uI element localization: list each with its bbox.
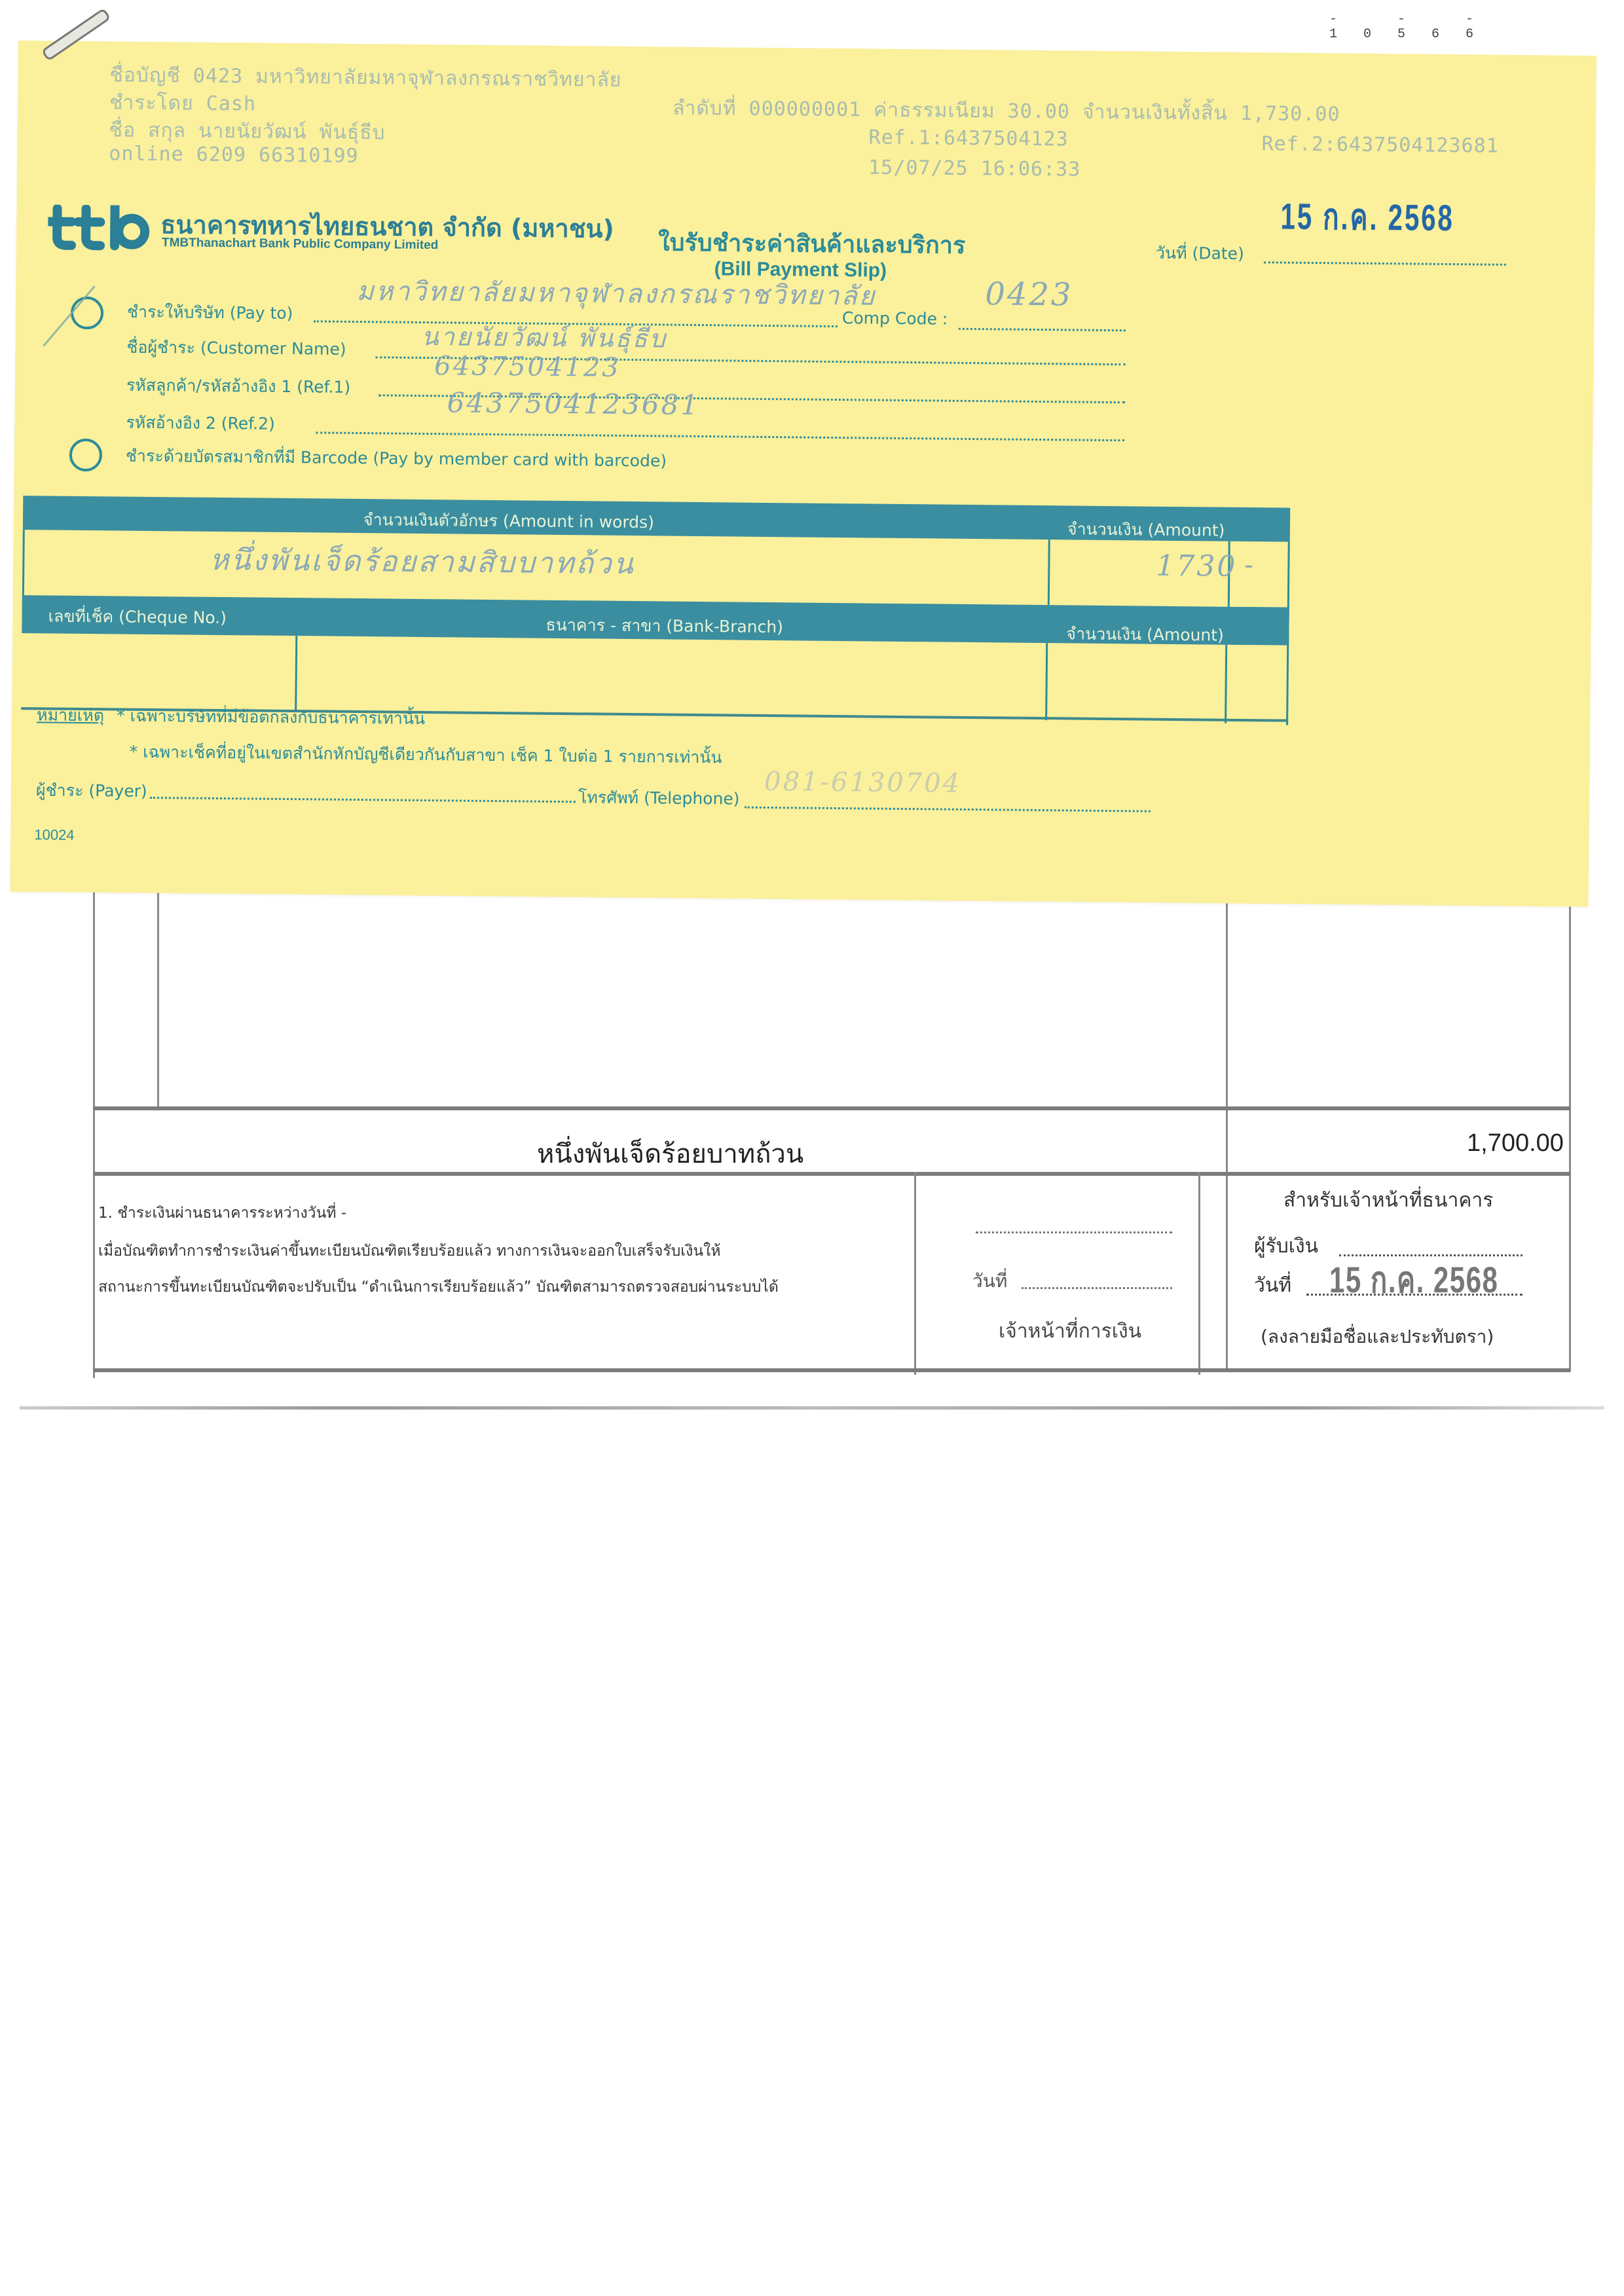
payer-label: ผู้ชำระ (Payer) [36, 777, 147, 805]
total-amount-words: หนึ่งพันเจ็ดร้อยบาทถ้วน [537, 1133, 803, 1175]
form-column-line [1226, 897, 1228, 1368]
date-label: วันที่ (Date) [1156, 240, 1244, 267]
comp-code-value: 0423 [985, 276, 1073, 313]
cheque-amount-field[interactable] [1048, 645, 1223, 718]
barcode-payment-label: ชำระด้วยบัตรสมาชิกที่มี Barcode (Pay by … [126, 443, 667, 475]
cashier-signature-line[interactable] [976, 1231, 1172, 1233]
barcode-payment-radio[interactable] [69, 439, 102, 471]
form-total-bottom-line [93, 1172, 1570, 1176]
remark-2: * เฉพาะเช็คที่อยู่ในเขตสำนักหักบัญชีเดีย… [129, 739, 722, 771]
pay-to-value: มหาวิทยาลัยมหาจุฬาลงกรณราชวิทยาลัย [356, 270, 877, 317]
amount-words-header: จำนวนเงินตัวอักษร (Amount in words) [363, 507, 654, 536]
ref2-value: 6437504123681 [447, 386, 700, 421]
receiver-date-label: วันที่ [1254, 1270, 1291, 1301]
table-line [295, 636, 297, 711]
cashier-date-line[interactable] [1022, 1286, 1172, 1289]
receipt-print-line-2-right: ลำดับที่ 000000001 ค่าธรรมเนียม 30.00 จำ… [673, 93, 1340, 130]
bank-date-stamp: 15 ก.ค. 2568 [1329, 1250, 1498, 1309]
receipt-print-ref2: Ref.2:6437504123681 [1261, 132, 1498, 157]
note-line-1: 1. ชำระเงินผ่านธนาคารระหว่างวันที่ - [98, 1201, 346, 1225]
table-line [1048, 539, 1050, 605]
receipt-print-line-4-left: online 6209 66310199 [109, 142, 359, 168]
form-total-top-line [93, 1106, 1570, 1110]
receiver-label: ผู้รับเงิน [1254, 1231, 1318, 1262]
payer-field[interactable] [150, 796, 576, 803]
comp-code-field[interactable] [959, 327, 1126, 331]
form-border-left [93, 877, 95, 1378]
form-number: 10024 [34, 826, 74, 844]
bank-branch-header: ธนาคาร - สาขา (Bank-Branch) [545, 612, 783, 640]
pay-to-radio[interactable] [71, 297, 103, 329]
date-stamp: 15 ก.ค. 2568 [1280, 187, 1454, 247]
amount-value: 1730 [1156, 549, 1237, 583]
paper-edge [20, 1406, 1604, 1410]
slip-title-thai: ใบรับชำระค่าสินค้าและบริการ [658, 223, 966, 264]
date-field-line[interactable] [1264, 261, 1506, 266]
bill-payment-slip: ชื่อบัญชี 0423 มหาวิทยาลัยมหาจุฬาลงกรณรา… [10, 41, 1596, 907]
amount-header-2: จำนวนเงิน (Amount) [1066, 621, 1224, 648]
cheque-no-field[interactable] [24, 635, 294, 708]
cashier-label: เจ้าหน้าที่การเงิน [999, 1316, 1141, 1347]
telephone-label: โทรศัพท์ (Telephone) [578, 784, 740, 812]
form-bottom-line [93, 1368, 1570, 1372]
form-border-right [1569, 900, 1571, 1372]
receiver-date-line[interactable] [1306, 1293, 1522, 1296]
remark-1: * เฉพาะบริษัทที่มีข้อตกลงกับธนาคารเท่านั… [117, 702, 425, 732]
telephone-value: 081-6130704 [764, 767, 961, 799]
amount-header-row: จำนวนเงินตัวอักษร (Amount in words) จำนว… [23, 496, 1290, 542]
remark-label: หมายเหตุ [37, 702, 104, 729]
sign-and-stamp-note: (ลงลายมือชื่อและประทับตรา) [1261, 1322, 1494, 1351]
cheque-no-header: เลขที่เช็ค (Cheque No.) [48, 603, 227, 631]
ref1-label: รหัสลูกค้า/รหัสอ้างอิง 1 (Ref.1) [126, 373, 351, 401]
amount-header: จำนวนเงิน (Amount) [1067, 516, 1225, 543]
note-line-2: เมื่อบัณฑิตทำการชำระเงินค่าขึ้นทะเบียนบั… [98, 1239, 721, 1263]
form-inner-line [157, 881, 159, 1106]
amount-words-value: หนึ่งพันเจ็ดร้อยสามสิบบาทถ้วน [210, 537, 635, 587]
ref2-field[interactable] [316, 431, 1124, 441]
ref2-label: รหัสอ้างอิง 2 (Ref.2) [126, 410, 275, 437]
table-line [1045, 643, 1048, 720]
note-line-3: สถานะการขึ้นทะเบียนบัณฑิตจะปรับเป็น “ดำเ… [98, 1275, 779, 1299]
table-line [1225, 645, 1227, 723]
form-note-divider [914, 1172, 916, 1375]
amount-satang-value: - [1244, 550, 1255, 580]
telephone-field[interactable] [745, 806, 1151, 812]
bank-name-english: TMBThanachart Bank Public Company Limite… [162, 236, 438, 253]
ref1-value: 6437504123 [434, 351, 621, 383]
comp-code-label: Comp Code : [842, 308, 948, 329]
ttb-logo-icon [48, 204, 153, 251]
cashier-date-label: วันที่ [972, 1267, 1007, 1296]
customer-name-label: ชื่อผู้ชำระ (Customer Name) [126, 335, 346, 363]
pay-to-label: ชำระให้บริษัท (Pay to) [127, 299, 293, 327]
bank-branch-field[interactable] [298, 638, 1044, 716]
form-officer-divider [1198, 1172, 1200, 1375]
bank-officer-title: สำหรับเจ้าหน้าที่ธนาคาร [1283, 1185, 1493, 1216]
receipt-print-ref1: Ref.1:6437504123 [868, 126, 1068, 151]
receipt-print-datetime: 15/07/25 16:06:33 [868, 156, 1080, 181]
total-amount: 1,700.00 [1467, 1129, 1564, 1157]
